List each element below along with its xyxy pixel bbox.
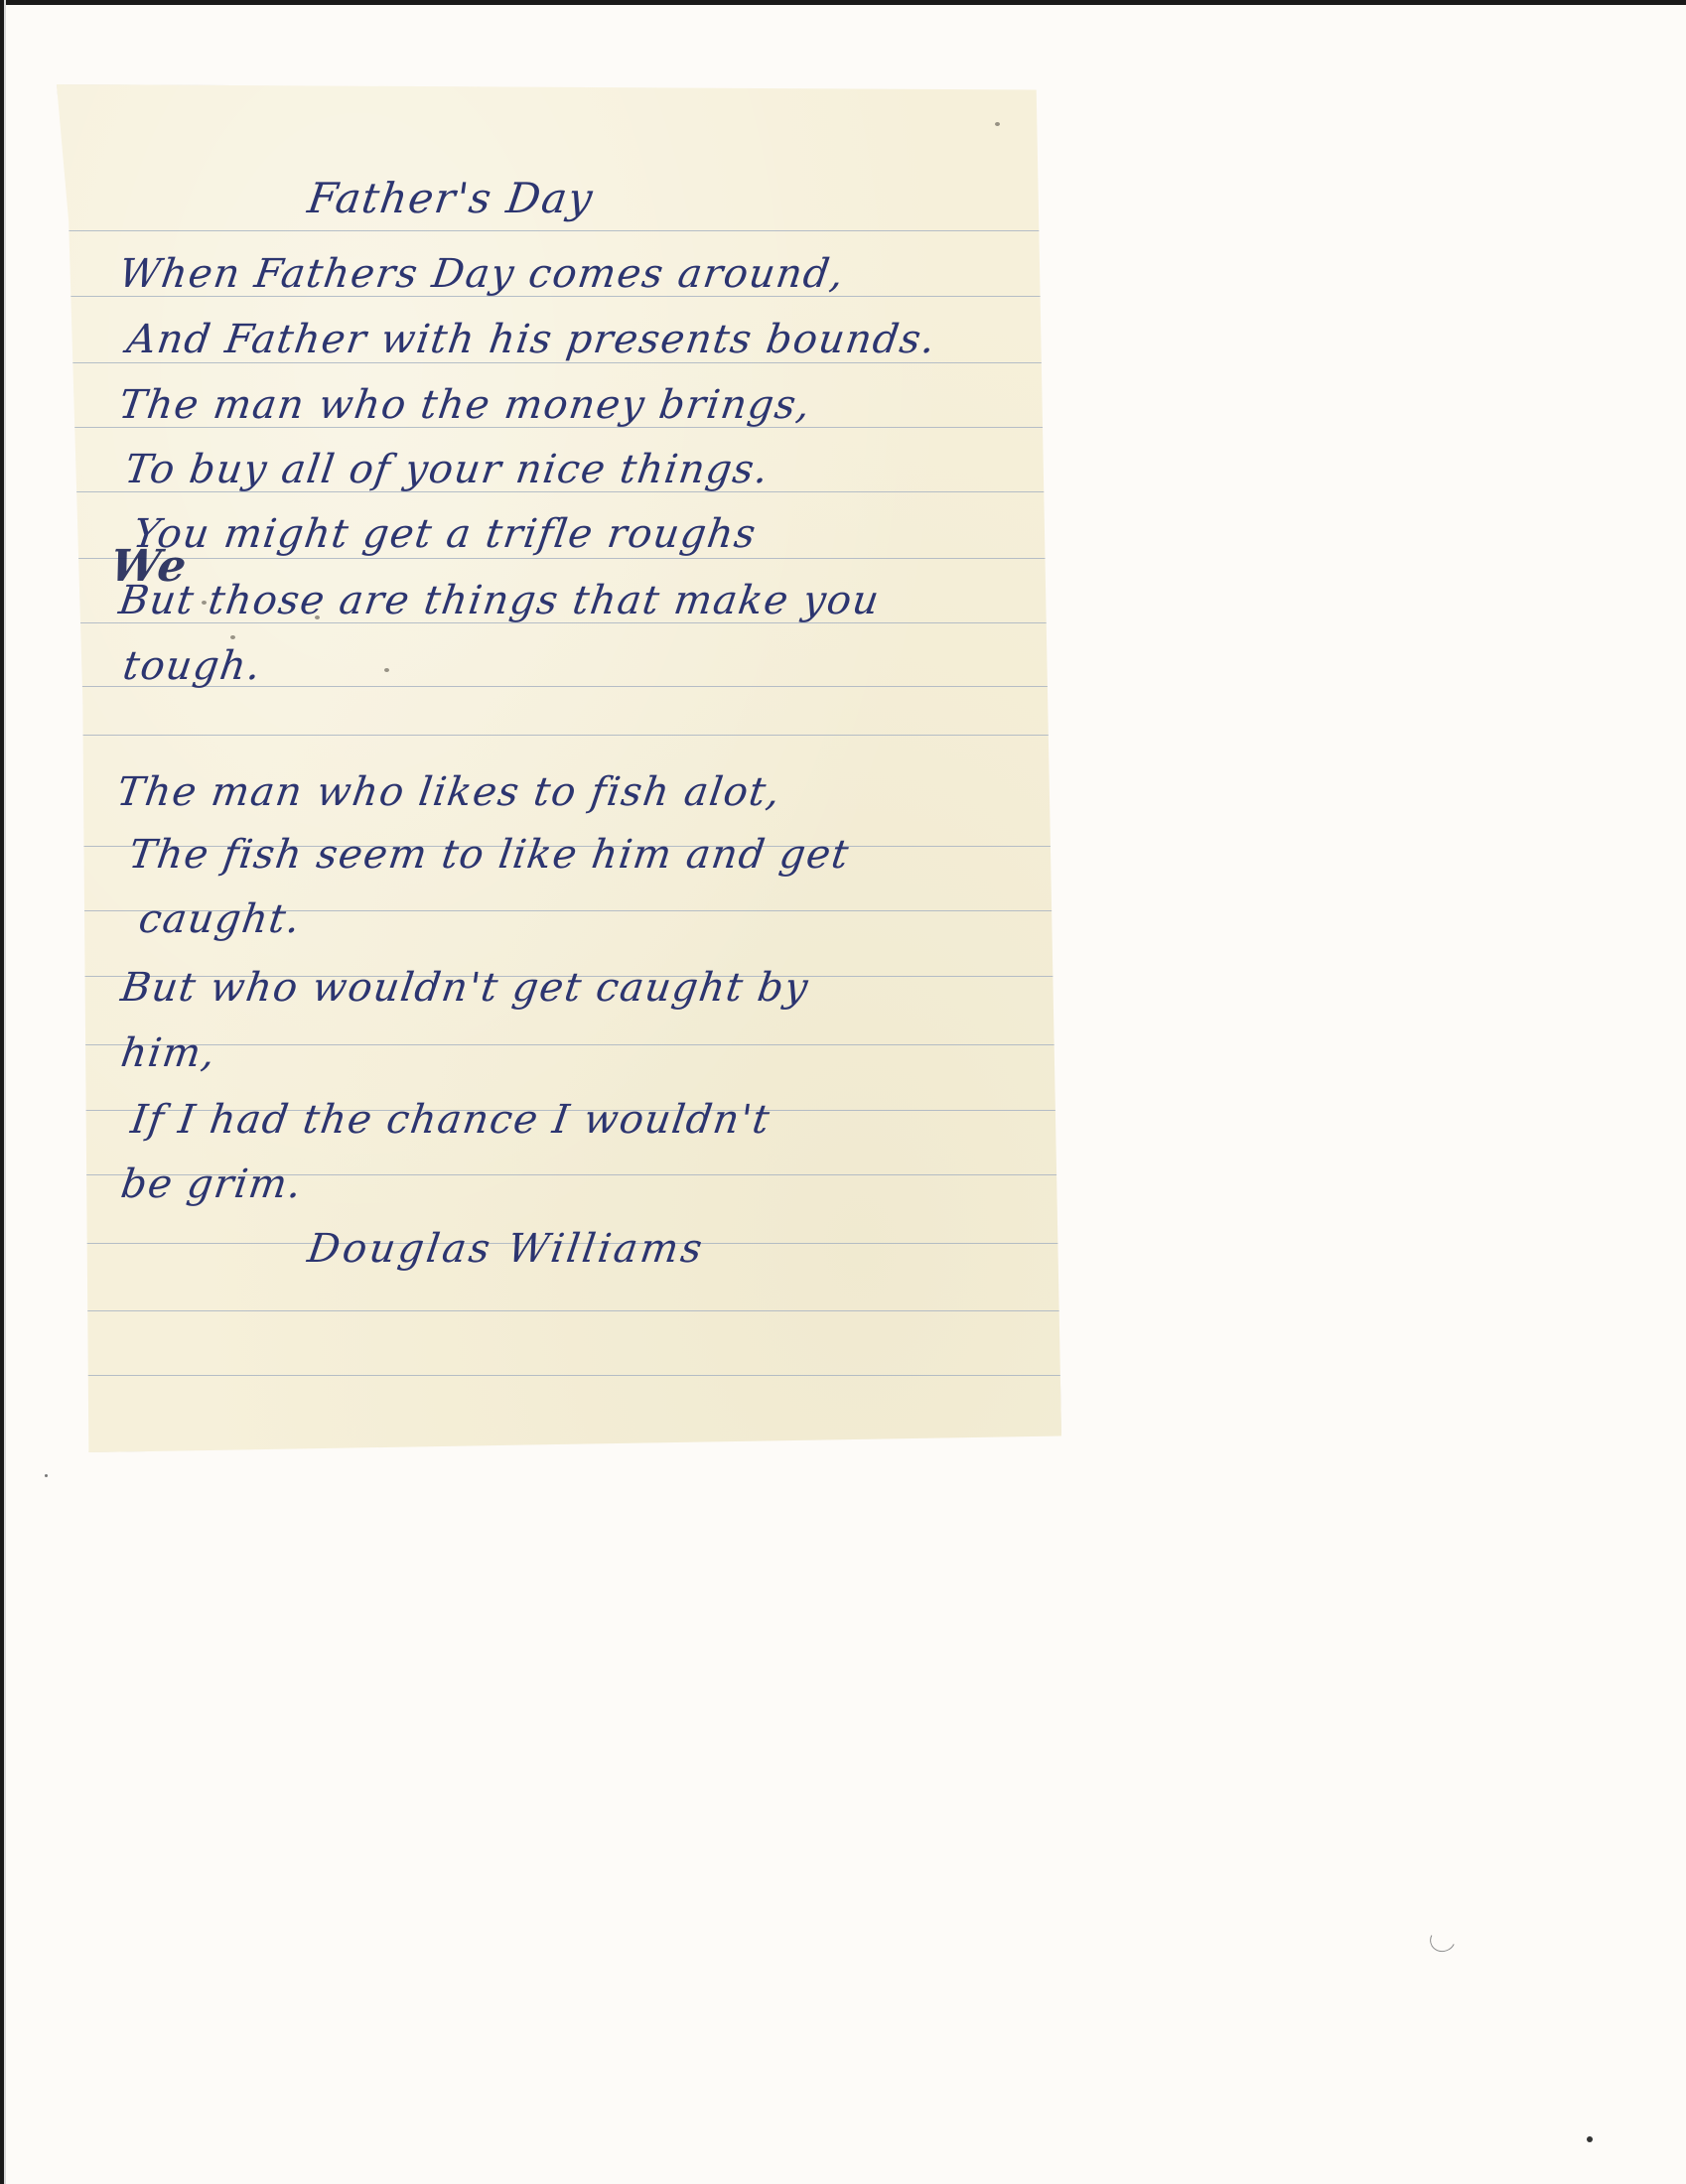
poem-title: Father's Day	[305, 174, 597, 222]
poem-line: tough.	[120, 643, 264, 689]
paper-speck	[202, 601, 207, 605]
poem-line: To buy all of your nice things.	[122, 447, 773, 492]
signature: Douglas Williams	[305, 1226, 708, 1272]
ruled-line	[57, 735, 1061, 736]
poem-line: The man who the money brings,	[116, 382, 814, 428]
poem-line: When Fathers Day comes around,	[116, 251, 848, 297]
poem-line: The man who likes to fish alot,	[114, 769, 784, 815]
scan-dust-dot	[45, 1474, 48, 1477]
scan-border-left	[0, 0, 6, 2184]
poem-line: caught.	[136, 896, 304, 942]
ruled-line	[57, 362, 1061, 363]
ruled-line	[57, 1375, 1061, 1376]
ruled-line	[57, 1310, 1061, 1311]
poem-line: We You might get a trifle roughs	[116, 511, 760, 557]
paper-speck	[1079, 1370, 1084, 1374]
poem-line: If I had the chance I wouldn't	[128, 1097, 773, 1143]
poem-line: And Father with his presents bounds.	[124, 317, 939, 362]
poem-line: him,	[118, 1030, 219, 1076]
ruled-line	[57, 558, 1061, 559]
poem-line: The fish seem to like him and get	[126, 832, 852, 878]
lined-paper-sheet: Father's Day When Fathers Day comes arou…	[57, 84, 1061, 1452]
scan-dust-dot	[1587, 2136, 1593, 2142]
paper-speck	[315, 615, 320, 619]
poem-line: But who wouldn't get caught by	[118, 965, 812, 1011]
paper-speck	[230, 635, 235, 639]
paper-speck	[995, 122, 1000, 126]
poem-line-text: You might get a trifle roughs	[130, 511, 760, 557]
scan-border-top	[0, 0, 1686, 5]
scan-hair-mark	[1427, 1924, 1460, 1955]
poem-line: But those are things that make you	[116, 578, 883, 623]
ruled-line	[57, 230, 1061, 231]
paper-speck	[384, 668, 389, 672]
poem-line: be grim.	[118, 1161, 306, 1207]
